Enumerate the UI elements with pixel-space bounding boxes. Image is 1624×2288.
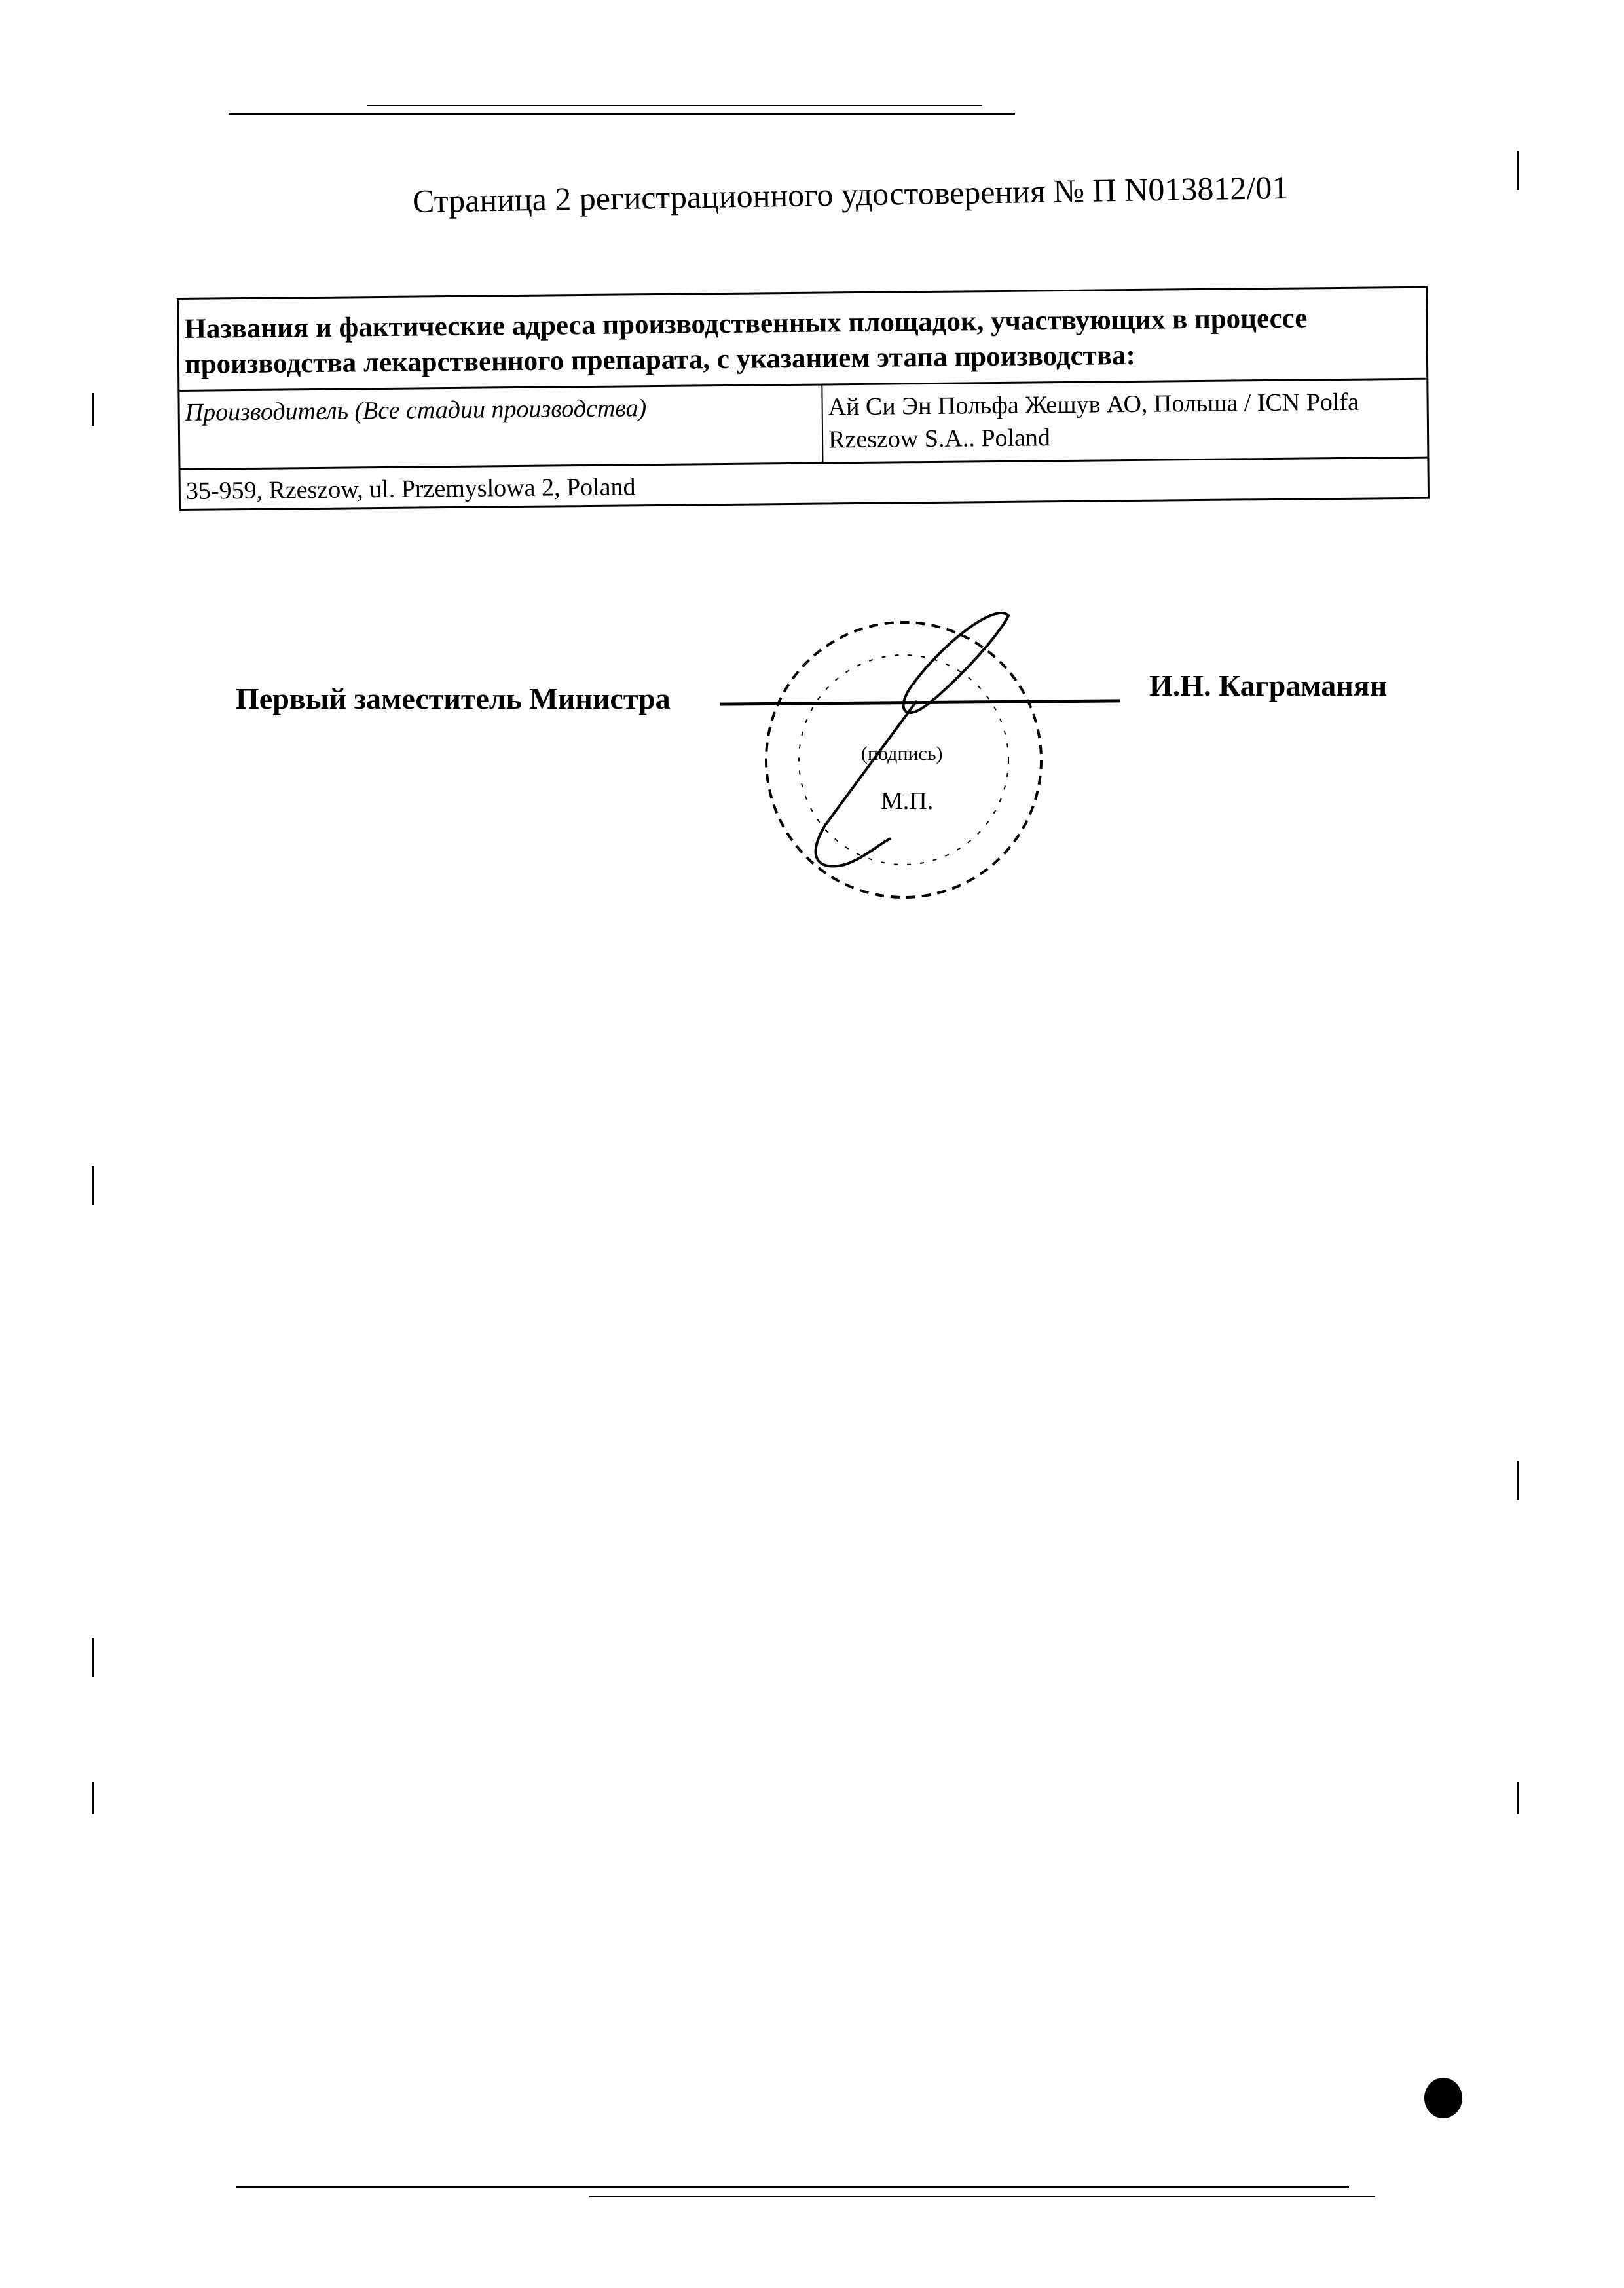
production-stage-cell: Производитель (Все стадии производства): [179, 386, 823, 468]
stamp-mp-label: М.П.: [881, 787, 933, 815]
scan-header-rule: [367, 105, 982, 106]
scan-footer-rule: [236, 2186, 1349, 2188]
scan-margin-mark: [92, 1638, 94, 1677]
scan-margin-mark: [92, 393, 94, 426]
scan-footer-rule: [589, 2196, 1375, 2197]
scan-margin-mark: [92, 1782, 94, 1814]
scan-margin-mark: [92, 1166, 94, 1205]
signatory-name: И.Н. Кагра​манян: [1149, 668, 1387, 703]
signature-caption: (подпись): [861, 743, 943, 764]
table-header: Названия и фактические адреса производст…: [179, 288, 1426, 392]
official-stamp-icon: (подпись) М.П.: [747, 603, 1061, 904]
manufacturing-sites-table: Названия и фактические адреса производст…: [177, 286, 1430, 511]
page-title: Страница 2 регистрационного удостоверени…: [413, 168, 1289, 220]
scan-header-rule: [229, 113, 1015, 115]
scan-margin-mark: [1517, 1782, 1519, 1814]
scan-punch-hole: [1424, 2078, 1462, 2118]
manufacturer-cell: Ай Си Эн Польфа Жешув АО, Польша / ICN P…: [822, 380, 1427, 462]
scan-margin-mark: [1517, 1461, 1519, 1500]
table-row: Производитель (Все стадии производства) …: [179, 380, 1427, 470]
signatory-role: Первый заместитель Министра: [236, 681, 671, 716]
scan-margin-mark: [1517, 151, 1519, 190]
